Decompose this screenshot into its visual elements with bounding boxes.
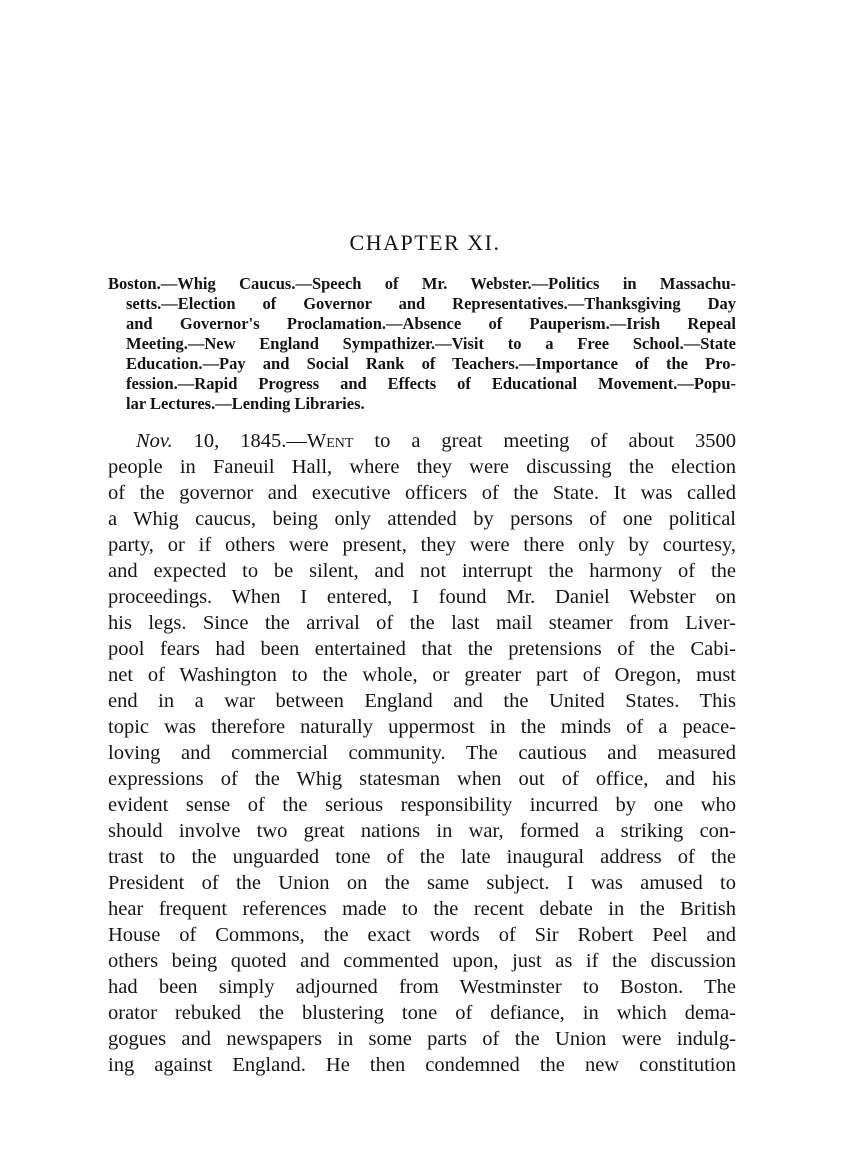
body-line: net of Washington to the whole, or great…	[108, 662, 736, 688]
first-line-text: to a great meeting of about 3500	[353, 430, 736, 452]
body-line: party, or if others were present, they w…	[108, 532, 736, 558]
body-line: and expected to be silent, and not inter…	[108, 558, 736, 584]
body-line: of the governor and executive officers o…	[108, 480, 736, 506]
body-line: pool fears had been entertained that the…	[108, 636, 736, 662]
body-line: a Whig caucus, being only attended by pe…	[108, 506, 736, 532]
body-line: President of the Union on the same subje…	[108, 870, 736, 896]
book-page: CHAPTER XI. Boston.—Whig Caucus.—Speech …	[0, 0, 850, 1150]
summary-line: lar Lectures.—Lending Libraries.	[126, 394, 736, 414]
lead-word: Went	[307, 430, 354, 452]
summary-line: Education.—Pay and Social Rank of Teache…	[126, 354, 736, 374]
body-line: end in a war between England and the Uni…	[108, 688, 736, 714]
body-line: topic was therefore naturally uppermost …	[108, 714, 736, 740]
body-line: orator rebuked the blustering tone of de…	[108, 1000, 736, 1026]
body-line: House of Commons, the exact words of Sir…	[108, 922, 736, 948]
dateline-date: 10, 1845.—	[173, 430, 307, 452]
body-line: evident sense of the serious responsibil…	[108, 792, 736, 818]
summary-line: and Governor's Proclamation.—Absence of …	[126, 314, 736, 334]
summary-line: Meeting.—New England Sympathizer.—Visit …	[126, 334, 736, 354]
body-line: hear frequent references made to the rec…	[108, 896, 736, 922]
chapter-title: CHAPTER XI.	[0, 230, 850, 256]
body-line: proceedings. When I entered, I found Mr.…	[108, 584, 736, 610]
summary-line: setts.—Election of Governor and Represen…	[126, 294, 736, 314]
dateline-month: Nov.	[136, 430, 173, 452]
body-line: trast to the unguarded tone of the late …	[108, 844, 736, 870]
body-line: should involve two great nations in war,…	[108, 818, 736, 844]
body-line: people in Faneuil Hall, where they were …	[108, 454, 736, 480]
body-line: gogues and newspapers in some parts of t…	[108, 1026, 736, 1052]
body-first-line: Nov. 10, 1845.—Went to a great meeting o…	[136, 428, 736, 454]
body-line: ing against England. He then condemned t…	[108, 1052, 736, 1078]
body-line: others being quoted and commented upon, …	[108, 948, 736, 974]
summary-line: fession.—Rapid Progress and Effects of E…	[126, 374, 736, 394]
summary-line: Boston.—Whig Caucus.—Speech of Mr. Webst…	[108, 274, 736, 294]
body-line: had been simply adjourned from Westminst…	[108, 974, 736, 1000]
body-line: expressions of the Whig statesman when o…	[108, 766, 736, 792]
body-line: loving and commercial community. The cau…	[108, 740, 736, 766]
body-line: his legs. Since the arrival of the last …	[108, 610, 736, 636]
